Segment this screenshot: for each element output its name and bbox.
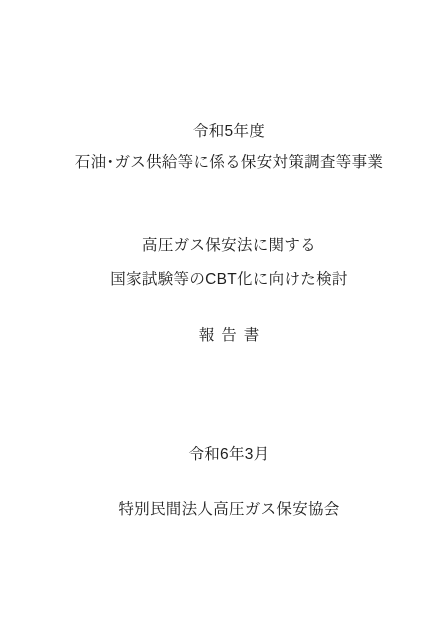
document-type-label: 報告書 (12, 325, 446, 347)
report-title-line-1: 高圧ガス保安法に関する (12, 235, 446, 257)
fiscal-year-line: 令和5年度 (12, 121, 446, 143)
report-title-line-2: 国家試験等のCBT化に向けた検討 (12, 269, 446, 291)
report-cover-page: 令和5年度 石油･ガス供給等に係る保安対策調査等事業 高圧ガス保安法に関する 国… (0, 0, 446, 630)
publication-date-line: 令和6年3月 (12, 444, 446, 466)
publishing-organization-line: 特別民間法人高圧ガス保安協会 (12, 499, 446, 521)
program-name-line: 石油･ガス供給等に係る保安対策調査等事業 (12, 152, 446, 174)
